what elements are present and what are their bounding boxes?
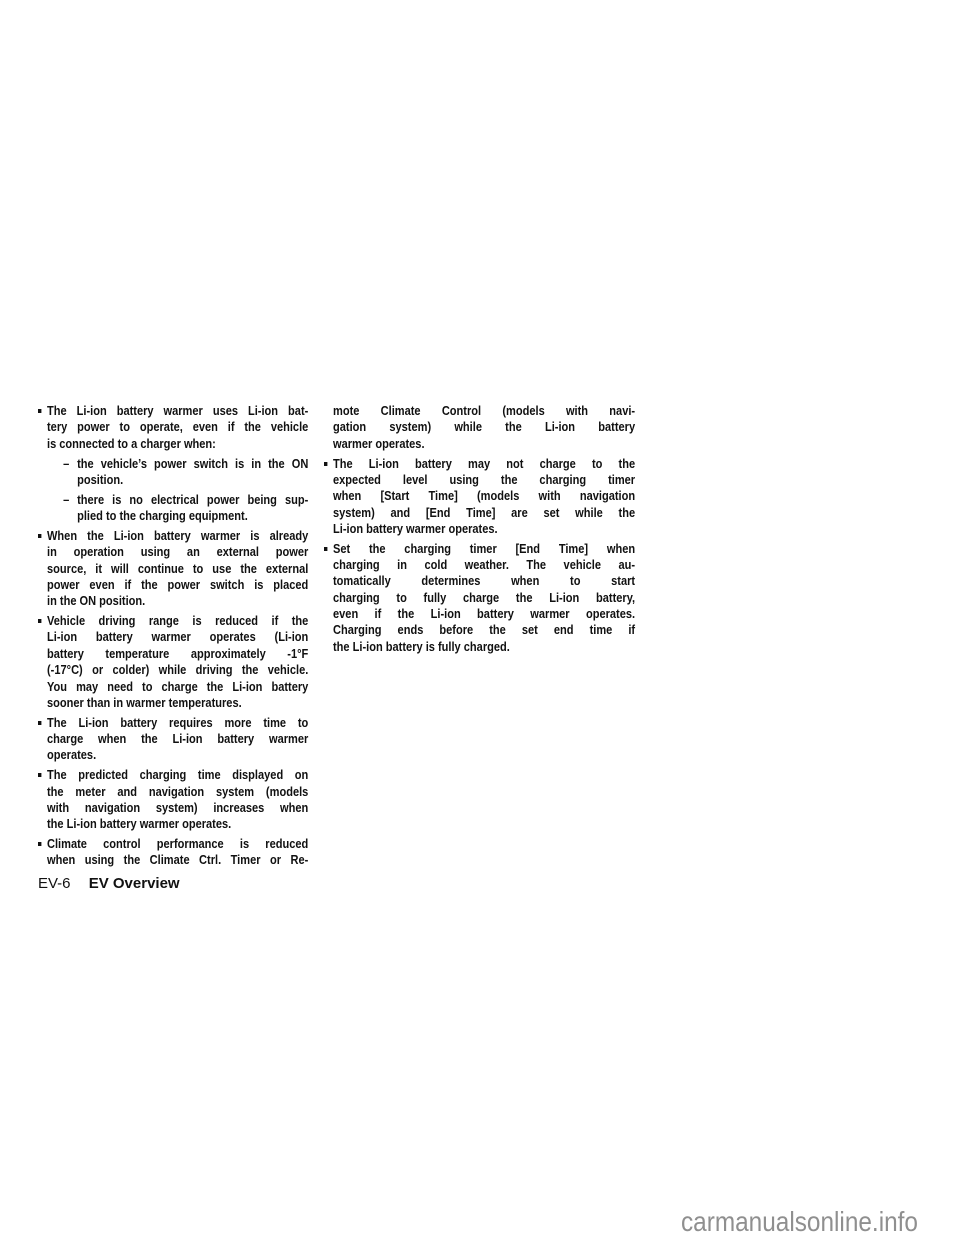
text-line: when using the Climate Ctrl. Timer or Re… (47, 852, 308, 868)
text-line: position. (77, 472, 308, 488)
text-line: the Li-ion battery warmer operates. (47, 816, 308, 832)
bullet-marker (38, 715, 47, 725)
paragraph: mote Climate Control (models with navi-g… (324, 403, 635, 452)
paragraph-body: The predicted charging time displayed on… (47, 767, 308, 832)
bullet-marker (324, 456, 333, 466)
manual-page: The Li-ion battery warmer uses Li-ion ba… (0, 0, 960, 1242)
bullet-marker (38, 528, 47, 538)
text-line: Li-ion battery warmer operates. (333, 521, 635, 537)
text-line: source, it will continue to use the exte… (47, 561, 308, 577)
text-line: in the ON position. (47, 593, 308, 609)
paragraph: When the Li-ion battery warmer is alread… (38, 528, 308, 610)
text-line: You may need to charge the Li-ion batter… (47, 679, 308, 695)
bullet-dot-icon (38, 721, 41, 725)
left-text-column: The Li-ion battery warmer uses Li-ion ba… (38, 403, 308, 872)
text-line: tomatically determines when to start (333, 573, 635, 589)
bullet-dot-icon (38, 534, 41, 538)
paragraph-body: the vehicle’s power switch is in the ONp… (77, 456, 308, 489)
bullet-dot-icon (38, 619, 41, 623)
paragraph-body: mote Climate Control (models with navi-g… (333, 403, 635, 452)
dash-marker: – (63, 456, 77, 472)
text-line: The predicted charging time displayed on (47, 767, 308, 783)
text-line: gation system) while the Li-ion battery (333, 419, 635, 435)
paragraph-body: Set the charging timer [End Time] whench… (333, 541, 635, 655)
text-line: Li-ion battery warmer operates (Li-ion (47, 629, 308, 645)
section-title: EV Overview (89, 875, 180, 892)
paragraph: The predicted charging time displayed on… (38, 767, 308, 832)
text-line: power even if the power switch is placed (47, 577, 308, 593)
bullet-dot-icon (38, 842, 41, 846)
text-line: is connected to a charger when: (47, 436, 308, 452)
text-line: charge when the Li-ion battery warmer (47, 731, 308, 747)
paragraph-body: there is no electrical power being sup-p… (77, 492, 308, 525)
text-line: Charging ends before the set end time if (333, 622, 635, 638)
paragraph-body: The Li-ion battery warmer uses Li-ion ba… (47, 403, 308, 452)
text-line: the vehicle’s power switch is in the ON (77, 456, 308, 472)
paragraph: The Li-ion battery warmer uses Li-ion ba… (38, 403, 308, 452)
bullet-dot-icon (324, 462, 327, 466)
text-line: The Li-ion battery may not charge to the (333, 456, 635, 472)
text-line: the Li-ion battery is fully charged. (333, 639, 635, 655)
text-line: When the Li-ion battery warmer is alread… (47, 528, 308, 544)
paragraph-body: The Li-ion battery requires more time to… (47, 715, 308, 764)
watermark-text: carmanualsonline.info (681, 1207, 918, 1237)
text-line: warmer operates. (333, 436, 635, 452)
text-line: sooner than in warmer temperatures. (47, 695, 308, 711)
bullet-dot-icon (324, 547, 327, 551)
text-line: Set the charging timer [End Time] when (333, 541, 635, 557)
text-line: even if the Li-ion battery warmer operat… (333, 606, 635, 622)
text-line: plied to the charging equipment. (77, 508, 308, 524)
dash-marker: – (63, 492, 77, 508)
text-line: operates. (47, 747, 308, 763)
paragraph-body: The Li-ion battery may not charge to the… (333, 456, 635, 538)
bullet-marker (38, 403, 47, 413)
paragraph: Climate control performance is reducedwh… (38, 836, 308, 869)
text-line: tery power to operate, even if the vehic… (47, 419, 308, 435)
paragraph: The Li-ion battery requires more time to… (38, 715, 308, 764)
text-line: Vehicle driving range is reduced if the (47, 613, 308, 629)
paragraph-body: When the Li-ion battery warmer is alread… (47, 528, 308, 610)
text-line: in operation using an external power (47, 544, 308, 560)
text-line: system) and [End Time] are set while the (333, 505, 635, 521)
paragraph: Set the charging timer [End Time] whench… (324, 541, 635, 655)
text-line: The Li-ion battery requires more time to (47, 715, 308, 731)
paragraph: Vehicle driving range is reduced if theL… (38, 613, 308, 711)
text-line: mote Climate Control (models with navi- (333, 403, 635, 419)
bullet-marker (38, 613, 47, 623)
paragraph-body: Climate control performance is reducedwh… (47, 836, 308, 869)
text-line: battery temperature approximately -1°F (47, 646, 308, 662)
page-number: EV-6 (38, 875, 71, 892)
text-line: expected level using the charging timer (333, 472, 635, 488)
text-line: (-17°C) or colder) while driving the veh… (47, 662, 308, 678)
page-footer: EV-6 EV Overview (38, 875, 180, 893)
paragraph: –the vehicle’s power switch is in the ON… (38, 456, 308, 489)
text-line: The Li-ion battery warmer uses Li-ion ba… (47, 403, 308, 419)
text-line: there is no electrical power being sup- (77, 492, 308, 508)
bullet-dot-icon (38, 773, 41, 777)
text-line: Climate control performance is reduced (47, 836, 308, 852)
right-text-column: mote Climate Control (models with navi-g… (324, 403, 635, 659)
paragraph: –there is no electrical power being sup-… (38, 492, 308, 525)
paragraph: The Li-ion battery may not charge to the… (324, 456, 635, 538)
bullet-marker (38, 767, 47, 777)
text-line: charging to fully charge the Li-ion batt… (333, 590, 635, 606)
text-line: charging in cold weather. The vehicle au… (333, 557, 635, 573)
text-line: the meter and navigation system (models (47, 784, 308, 800)
paragraph-body: Vehicle driving range is reduced if theL… (47, 613, 308, 711)
bullet-marker (38, 836, 47, 846)
bullet-dot-icon (38, 409, 41, 413)
text-line: when [Start Time] (models with navigatio… (333, 488, 635, 504)
text-line: with navigation system) increases when (47, 800, 308, 816)
bullet-marker (324, 541, 333, 551)
